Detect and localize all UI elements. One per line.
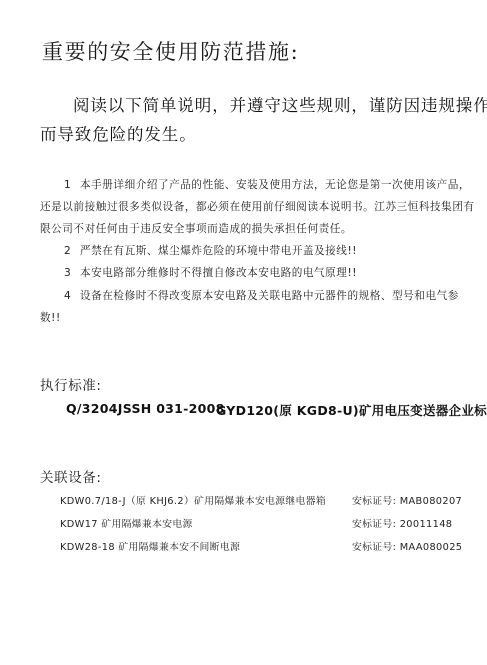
- rule-2: 2严禁在有瓦斯、煤尘爆炸危险的环境中带电开盖及接线!!: [64, 243, 357, 258]
- standard-heading: 执行标准:: [40, 374, 102, 394]
- intro-text-line-2: 而导致危险的发生。: [40, 121, 197, 145]
- intro-text-line-1: 阅读以下简单说明，并遵守这些规则，谨防因违规操作: [73, 92, 487, 116]
- rule-4-line-1: 4设备在检修时不得改变原本安电路及关联电路中元器件的规格、型号和电气参: [64, 288, 459, 303]
- rule-number: 3: [64, 267, 80, 279]
- standard-code: Q/3204JSSH 031-2008: [66, 401, 225, 416]
- device-cert-2: 安标证号: 20011148: [352, 516, 452, 530]
- rule-1-line-3: 限公司不对任何由于违反安全事项而造成的损失承担任何责任。: [40, 221, 352, 236]
- related-devices-heading: 关联设备:: [40, 466, 102, 486]
- rule-number: 1: [64, 179, 80, 191]
- device-name-2: KDW17 矿用隔爆兼本安电源: [60, 516, 193, 530]
- rule-text: 设备在检修时不得改变原本安电路及关联电路中元器件的规格、型号和电气参: [80, 290, 459, 302]
- device-name-1: KDW0.7/18-J（原 KHJ6.2）矿用隔爆兼本安电源继电器箱: [60, 493, 326, 507]
- standard-description: GYD120(原 KGD8-U)矿用电压变送器企业标准: [216, 401, 487, 419]
- rule-text: 本手册详细介绍了产品的性能、安装及使用方法，无论您是第一次使用该产品，: [80, 179, 470, 191]
- device-name-3: KDW28-18 矿用隔爆兼本安不间断电源: [60, 539, 240, 553]
- page-title: 重要的安全使用防范措施:: [42, 36, 299, 66]
- rule-1-line-1: 1本手册详细介绍了产品的性能、安装及使用方法，无论您是第一次使用该产品，: [64, 177, 470, 192]
- rule-number: 4: [64, 290, 80, 302]
- rule-3: 3本安电路部分维修时不得擅自修改本安电路的电气原理!!: [64, 265, 357, 280]
- rule-number: 2: [64, 245, 80, 257]
- rule-text: 严禁在有瓦斯、煤尘爆炸危险的环境中带电开盖及接线!!: [80, 245, 357, 257]
- rule-4-line-2: 数!!: [40, 310, 61, 325]
- rule-1-line-2: 还是以前接触过很多类似设备，都必须在使用前仔细阅读本说明书。江苏三恒科技集团有: [40, 199, 475, 214]
- rule-text: 本安电路部分维修时不得擅自修改本安电路的电气原理!!: [80, 267, 357, 279]
- device-cert-1: 安标证号: MAB080207: [352, 493, 462, 507]
- device-cert-3: 安标证号: MAA080025: [352, 539, 462, 553]
